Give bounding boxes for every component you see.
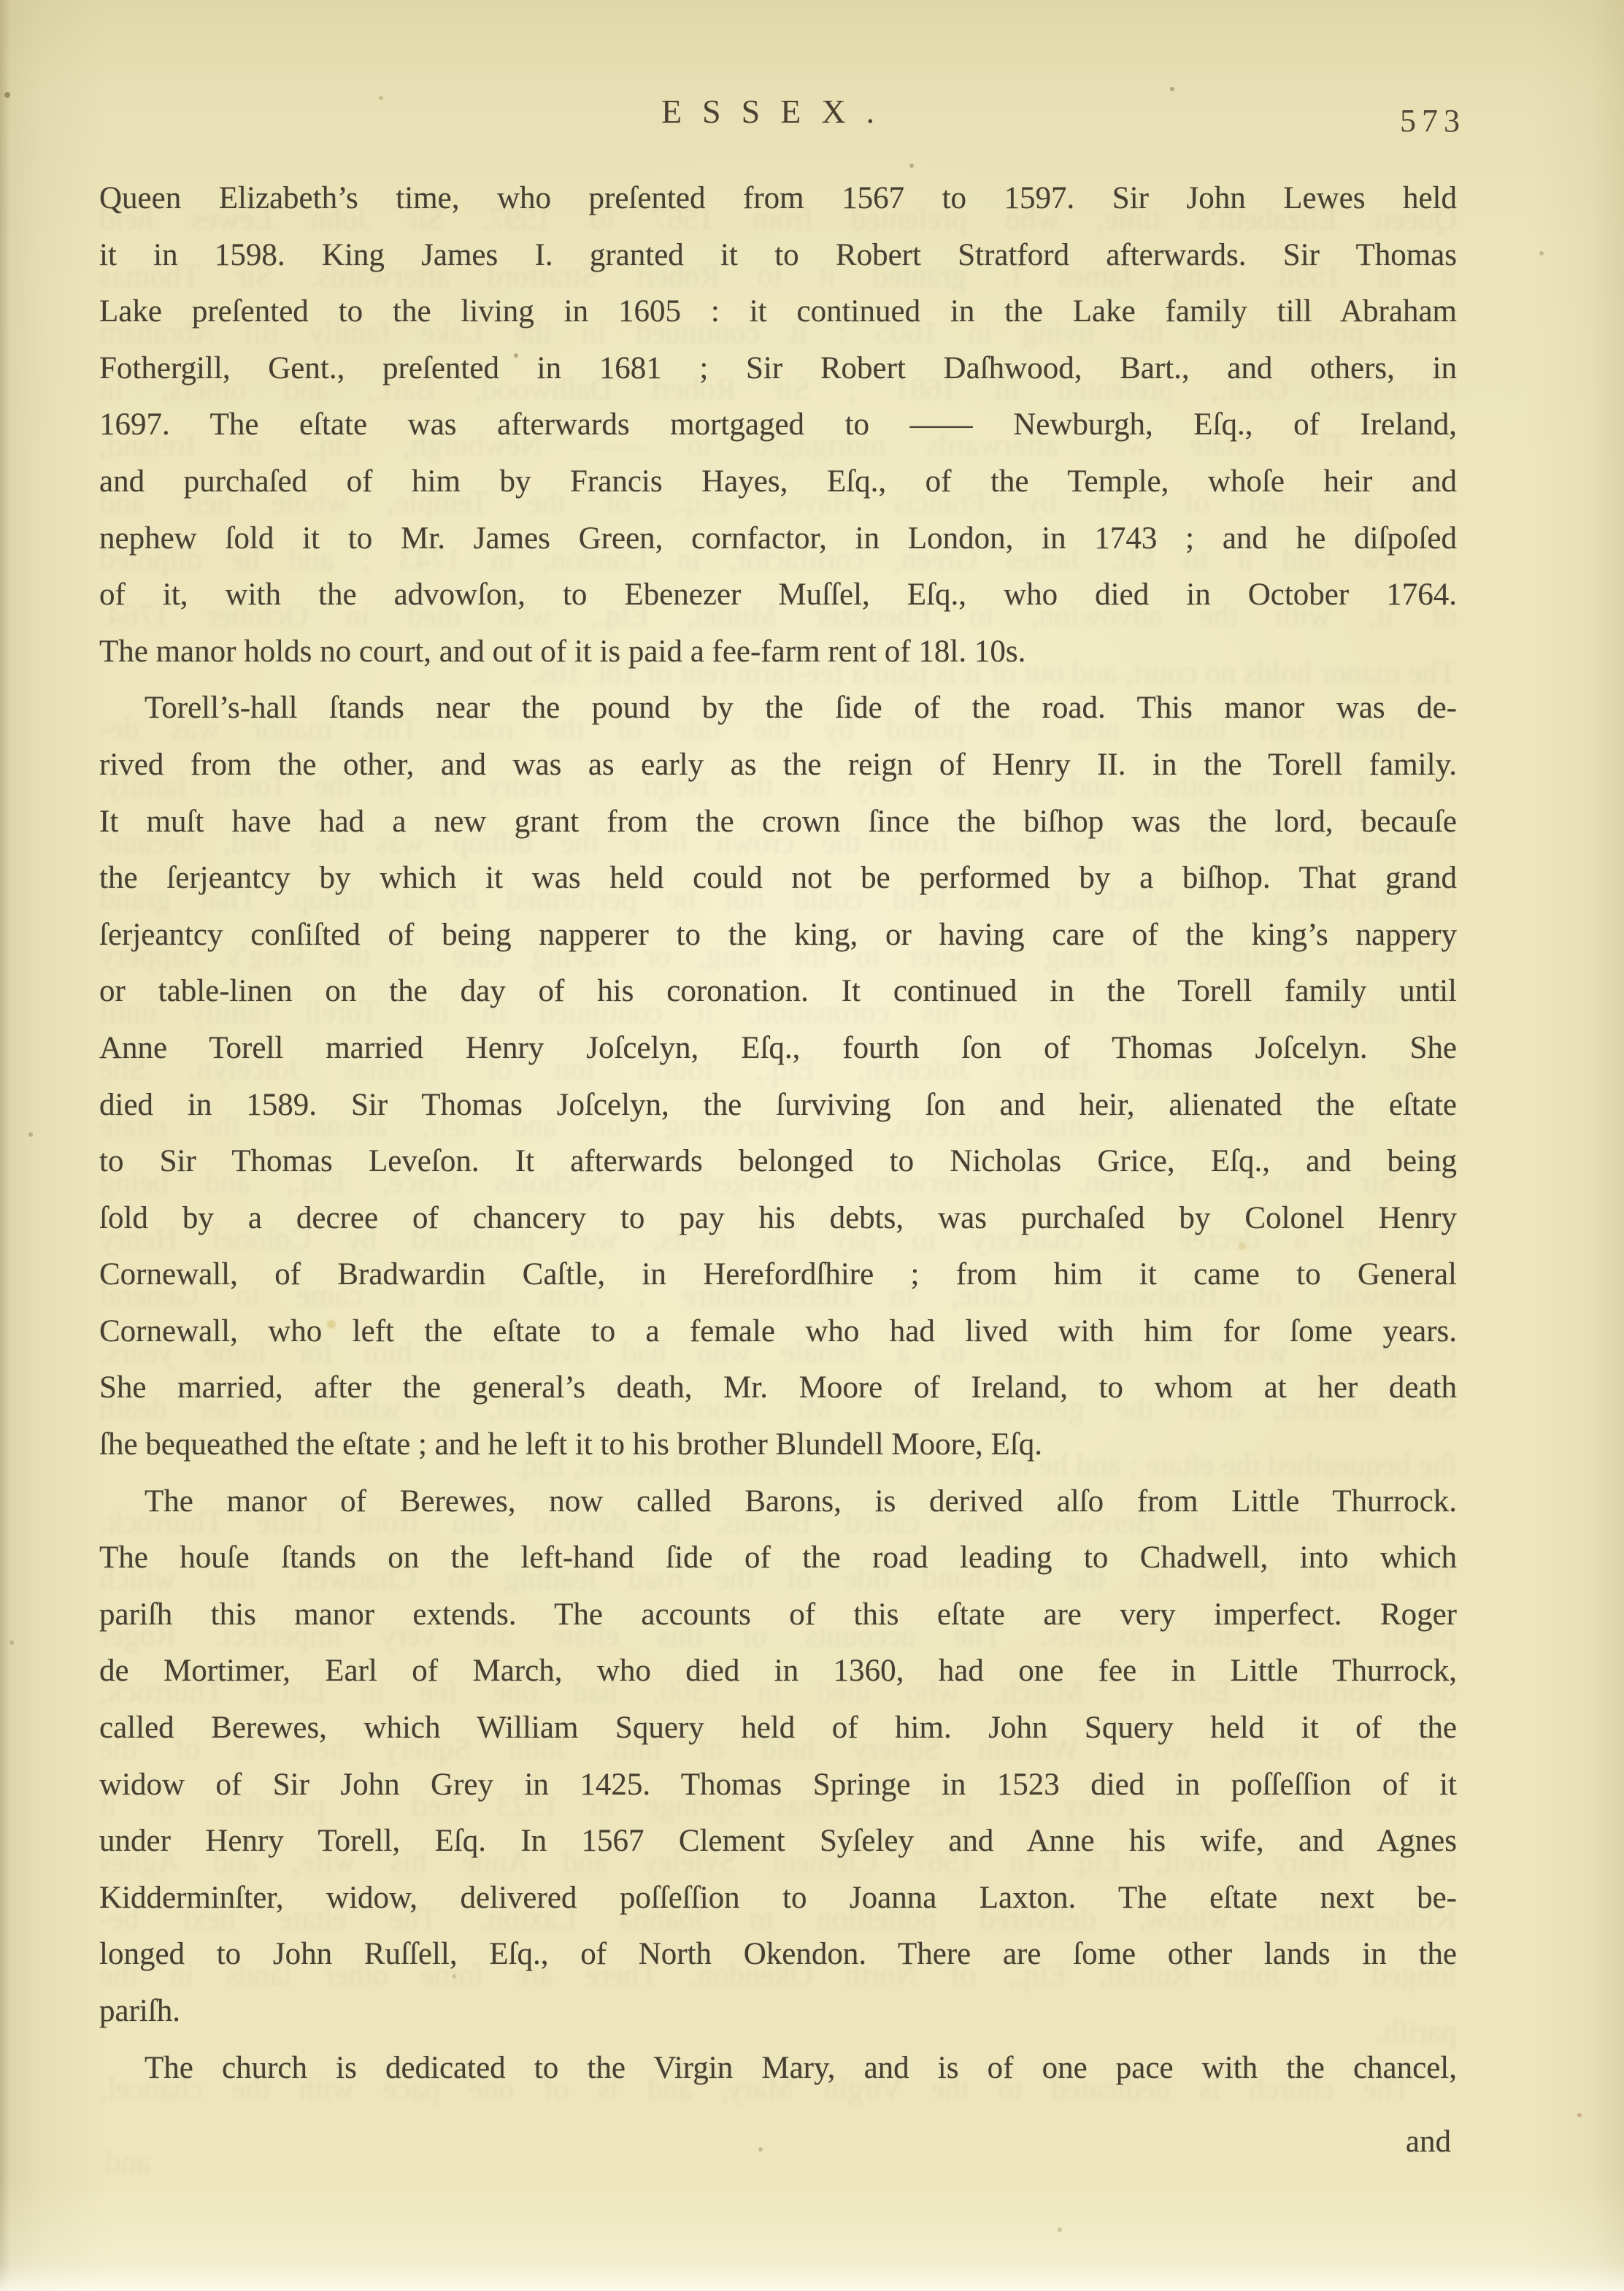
text-block: Queen Elizabeth’s time, who preſented fr… (99, 170, 1457, 2171)
text-line: ſhe bequeathed the eſtate ; and he left … (99, 1416, 1457, 1473)
text-line: The church is dedicated to the Virgin Ma… (99, 2040, 1457, 2097)
text-line: Queen Elizabeth’s time, who preſented fr… (99, 170, 1457, 227)
text-line: to Sir Thomas Leveſon. It afterwards bel… (99, 1133, 1457, 1190)
text-line: nephew ſold it to Mr. James Green, cornf… (99, 510, 1457, 567)
text-line: or table-linen on the day of his coronat… (99, 963, 1457, 1020)
catchword: and (99, 2114, 1457, 2171)
text-line: under Henry Torell, Eſq. In 1567 Clement… (99, 1813, 1457, 1870)
text-line: Torell’s-hall ſtands near the pound by t… (99, 680, 1457, 737)
text-line: longed to John Ruſſell, Eſq., of North O… (99, 1926, 1457, 1983)
text-line: The houſe ſtands on the left-hand ſide o… (99, 1530, 1457, 1586)
text-line: Cornewall, who left the eſtate to a fema… (99, 1303, 1457, 1360)
text-line: Cornewall, of Bradwardin Caſtle, in Here… (99, 1246, 1457, 1303)
page-number: 573 (1400, 102, 1466, 139)
text-line: She married, after the general’s death, … (99, 1359, 1457, 1416)
text-line: The manor holds no court, and out of it … (99, 623, 1457, 680)
text-line: de Mortimer, Earl of March, who died in … (99, 1643, 1457, 1700)
scanned-book-page: ESSEX. 573 Queen Elizabeth’s time, who p… (0, 0, 1624, 2291)
text-line: it in 1598. King James I. granted it to … (99, 227, 1457, 284)
text-line: Anne Torell married Henry Joſcelyn, Eſq.… (99, 1020, 1457, 1077)
text-line: pariſh. (99, 1983, 1457, 2040)
text-line: widow of Sir John Grey in 1425. Thomas S… (99, 1757, 1457, 1814)
text-line: of it, with the advowſon, to Ebenezer Mu… (99, 567, 1457, 623)
text-line: died in 1589. Sir Thomas Joſcelyn, the ſ… (99, 1077, 1457, 1134)
text-line: ſerjeantcy conſiſted of being napperer t… (99, 907, 1457, 964)
text-line: rived from the other, and was as early a… (99, 737, 1457, 794)
running-head: ESSEX. (99, 92, 1457, 131)
text-line: Lake preſented to the living in 1605 : i… (99, 283, 1457, 340)
text-line: called Berewes, which William Squery hel… (99, 1700, 1457, 1757)
text-line: the ſerjeantcy by which it was held coul… (99, 850, 1457, 907)
text-line: pariſh this manor extends. The accounts … (99, 1586, 1457, 1643)
text-line: Fothergill, Gent., preſented in 1681 ; S… (99, 340, 1457, 397)
text-line: It muſt have had a new grant from the cr… (99, 794, 1457, 851)
text-line: 1697. The eſtate was afterwards mortgage… (99, 396, 1457, 453)
text-line: ſold by a decree of chancery to pay his … (99, 1190, 1457, 1247)
page-title: ESSEX. (661, 93, 895, 130)
text-line: Kidderminſter, widow, delivered poſſeſſi… (99, 1870, 1457, 1927)
paper-specks (0, 0, 3, 3)
text-line: and purchaſed of him by Francis Hayes, E… (99, 453, 1457, 510)
text-line: The manor of Berewes, now called Barons,… (99, 1473, 1457, 1530)
